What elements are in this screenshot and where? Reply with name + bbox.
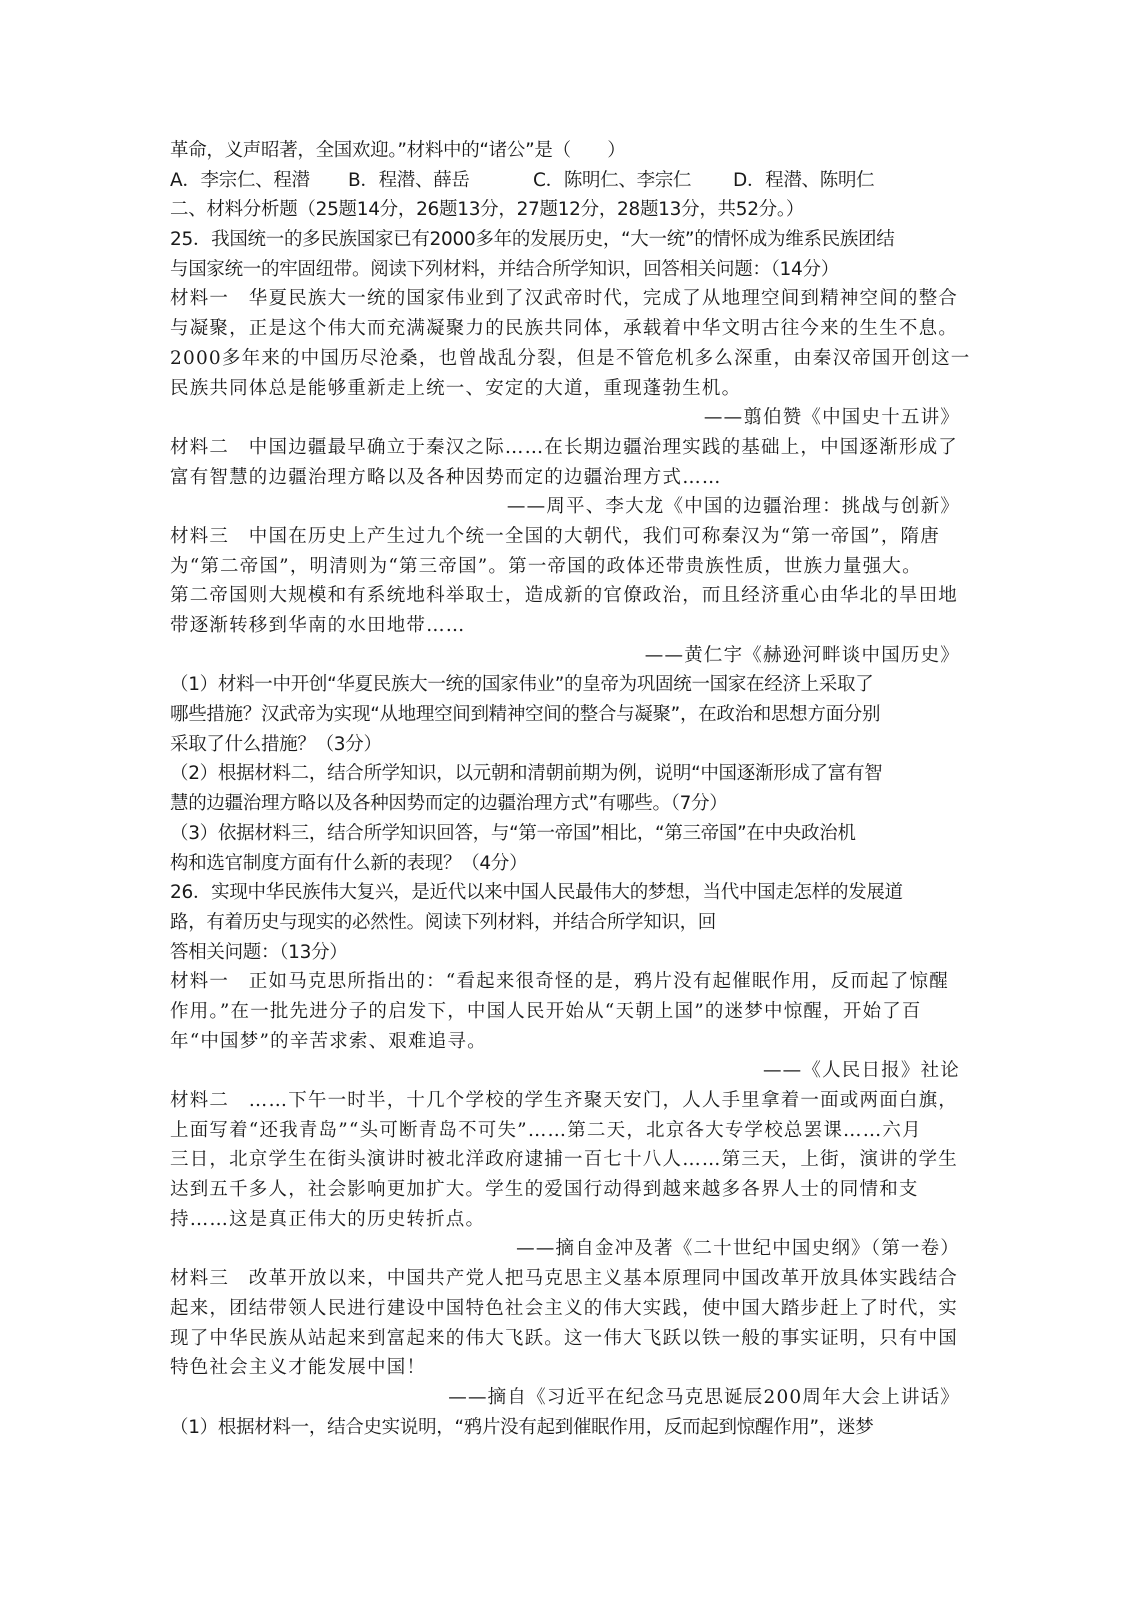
- material-line: 富有智慧的边疆治理方略以及各种因势而定的边疆治理方式……: [170, 463, 960, 493]
- q25-stem-line: 与国家统一的牢固纽带。阅读下列材料，并结合所学知识，回答相关问题：（14分）: [170, 255, 960, 285]
- q26-stem-line: 答相关问题：（13分）: [170, 938, 960, 968]
- q26-subquestion-1: （1）根据材料一，结合史实说明，“鸦片没有起到催眠作用，反而起到惊醒作用”，迷梦: [170, 1413, 960, 1443]
- material-line: 起来，团结带领人民进行建设中国特色社会主义的伟大实践，使中国大踏步赶上了时代，实: [170, 1294, 960, 1324]
- subquestion-line: （1）材料一中开创“华夏民族大一统的国家伟业”的皇帝为巩固统一国家在经济上采取了: [170, 670, 960, 700]
- q26-material-2: 材料二 ……下午一时半，十几个学校的学生齐聚天安门，人人手里拿着一面或两面白旗，…: [170, 1086, 960, 1264]
- material-source: ——《人民日报》社论: [170, 1056, 960, 1086]
- q25-material-3: 材料三 中国在历史上产生过九个统一全国的大朝代，我们可称秦汉为“第一帝国”，隋唐…: [170, 522, 960, 670]
- q25-stem-line: 25．我国统一的多民族国家已有2000多年的发展历史，“大一统”的情怀成为维系民…: [170, 225, 960, 255]
- material-line: 为“第二帝国”，明清则为“第三帝国”。第一帝国的政体还带贵族性质，世族力量强大。: [170, 552, 960, 582]
- material-line: 第二帝国则大规模和有系统地科举取士，造成新的官僚政治，而且经济重心由华北的旱田地: [170, 581, 960, 611]
- material-line: 达到五千多人，社会影响更加扩大。学生的爱国行动得到越来越多各界人士的同情和支: [170, 1175, 960, 1205]
- q24-option-c: C．陈明仁、李宗仁: [533, 166, 733, 196]
- q24-option-a: A．李宗仁、程潜: [170, 166, 348, 196]
- subquestion-line: 构和选官制度方面有什么新的表现？（4分）: [170, 849, 960, 879]
- material-line: 材料一 华夏民族大一统的国家伟业到了汉武帝时代，完成了从地理空间到精神空间的整合: [170, 284, 960, 314]
- material-line: 作用。”在一批先进分子的启发下，中国人民开始从“天朝上国”的迷梦中惊醒，开始了百: [170, 997, 960, 1027]
- subquestion-line: （2）根据材料二，结合所学知识，以元朝和清朝前期为例，说明“中国逐渐形成了富有智: [170, 759, 960, 789]
- material-source: ——摘自金冲及著《二十世纪中国史纲》（第一卷）: [170, 1234, 960, 1264]
- material-source: ——周平、李大龙《中国的边疆治理：挑战与创新》: [170, 492, 960, 522]
- exam-page: 革命，义声昭著，全国欢迎。”材料中的“诸公”是（ ） A．李宗仁、程潜B．程潜、…: [170, 136, 960, 1442]
- subquestion-line: （3）依据材料三，结合所学知识回答，与“第一帝国”相比，“第三帝国”在中央政治机: [170, 819, 960, 849]
- material-line: 材料三 改革开放以来，中国共产党人把马克思主义基本原理同中国改革开放具体实践结合: [170, 1264, 960, 1294]
- material-line: 民族共同体总是能够重新走上统一、安定的大道，重现蓬勃生机。: [170, 374, 960, 404]
- q26-stem-line: 路，有着历史与现实的必然性。阅读下列材料，并结合所学知识，回: [170, 908, 960, 938]
- q24-stem-end: 革命，义声昭著，全国欢迎。”材料中的“诸公”是（ ）: [170, 136, 960, 166]
- material-line: 三日，北京学生在街头演讲时被北洋政府逮捕一百七十八人……第三天，上街，演讲的学生: [170, 1145, 960, 1175]
- material-line: 特色社会主义才能发展中国！: [170, 1353, 960, 1383]
- section-title: 二、材料分析题（25题14分，26题13分，27题12分，28题13分，共52分…: [170, 195, 960, 225]
- material-line: 材料二 ……下午一时半，十几个学校的学生齐聚天安门，人人手里拿着一面或两面白旗，: [170, 1086, 960, 1116]
- question-26: 26．实现中华民族伟大复兴，是近代以来中国人民最伟大的梦想，当代中国走怎样的发展…: [170, 878, 960, 1442]
- material-source: ——摘自《习近平在纪念马克思诞辰200周年大会上讲话》: [170, 1383, 960, 1413]
- material-line: 年“中国梦”的辛苦求索、艰难追寻。: [170, 1027, 960, 1057]
- q25-subquestion-1: （1）材料一中开创“华夏民族大一统的国家伟业”的皇帝为巩固统一国家在经济上采取了…: [170, 670, 960, 759]
- subquestion-line: （1）根据材料一，结合史实说明，“鸦片没有起到催眠作用，反而起到惊醒作用”，迷梦: [170, 1413, 960, 1443]
- subquestion-line: 采取了什么措施？（3分）: [170, 730, 960, 760]
- material-source: ——黄仁宇《赫逊河畔谈中国历史》: [170, 641, 960, 671]
- subquestion-line: 哪些措施？汉武帝为实现“从地理空间到精神空间的整合与凝聚”，在政治和思想方面分别: [170, 700, 960, 730]
- q25-subquestion-3: （3）依据材料三，结合所学知识回答，与“第一帝国”相比，“第三帝国”在中央政治机…: [170, 819, 960, 878]
- q24-option-b: B．程潜、薛岳: [348, 166, 533, 196]
- material-line: 与凝聚，正是这个伟大而充满凝聚力的民族共同体，承载着中华文明古往今来的生生不息。: [170, 314, 960, 344]
- q26-material-3: 材料三 改革开放以来，中国共产党人把马克思主义基本原理同中国改革开放具体实践结合…: [170, 1264, 960, 1412]
- q24-option-d: D．程潜、陈明仁: [733, 166, 874, 196]
- q25-material-2: 材料二 中国边疆最早确立于秦汉之际……在长期边疆治理实践的基础上，中国逐渐形成了…: [170, 433, 960, 522]
- material-line: 2000多年来的中国历尽沧桑，也曾战乱分裂，但是不管危机多么深重，由秦汉帝国开创…: [170, 344, 960, 374]
- material-line: 持……这是真正伟大的历史转折点。: [170, 1205, 960, 1235]
- subquestion-line: 慧的边疆治理方略以及各种因势而定的边疆治理方式”有哪些。（7分）: [170, 789, 960, 819]
- material-line: 材料三 中国在历史上产生过九个统一全国的大朝代，我们可称秦汉为“第一帝国”，隋唐: [170, 522, 960, 552]
- q26-material-1: 材料一 正如马克思所指出的：“看起来很奇怪的是，鸦片没有起催眠作用，反而起了惊醒…: [170, 967, 960, 1086]
- q26-stem-line: 26．实现中华民族伟大复兴，是近代以来中国人民最伟大的梦想，当代中国走怎样的发展…: [170, 878, 960, 908]
- q25-subquestion-2: （2）根据材料二，结合所学知识，以元朝和清朝前期为例，说明“中国逐渐形成了富有智…: [170, 759, 960, 818]
- material-line: 上面写着“还我青岛”“头可断青岛不可失”……第二天，北京各大专学校总罢课……六月: [170, 1116, 960, 1146]
- question-25: 25．我国统一的多民族国家已有2000多年的发展历史，“大一统”的情怀成为维系民…: [170, 225, 960, 878]
- material-line: 现了中华民族从站起来到富起来的伟大飞跃。这一伟大飞跃以铁一般的事实证明，只有中国: [170, 1324, 960, 1354]
- material-line: 带逐渐转移到华南的水田地带……: [170, 611, 960, 641]
- q25-material-1: 材料一 华夏民族大一统的国家伟业到了汉武帝时代，完成了从地理空间到精神空间的整合…: [170, 284, 960, 432]
- material-line: 材料一 正如马克思所指出的：“看起来很奇怪的是，鸦片没有起催眠作用，反而起了惊醒: [170, 967, 960, 997]
- material-source: ——翦伯赞《中国史十五讲》: [170, 403, 960, 433]
- material-line: 材料二 中国边疆最早确立于秦汉之际……在长期边疆治理实践的基础上，中国逐渐形成了: [170, 433, 960, 463]
- q24-options: A．李宗仁、程潜B．程潜、薛岳C．陈明仁、李宗仁D．程潜、陈明仁: [170, 166, 960, 196]
